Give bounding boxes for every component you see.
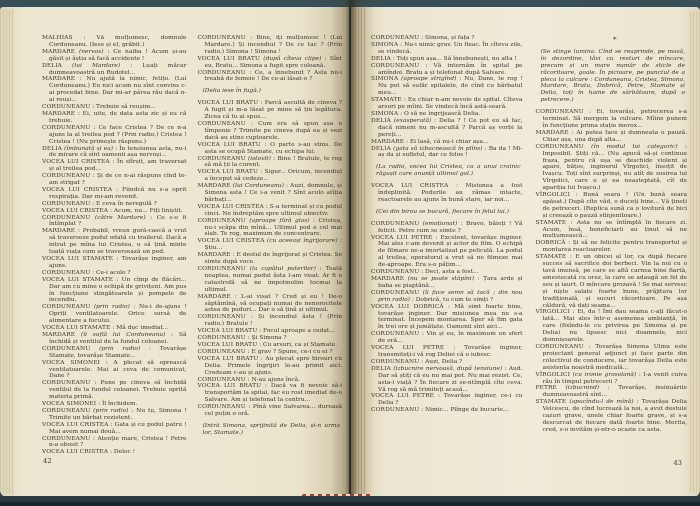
dialogue-line: STAMATE : Asta nu se întîmplă în fiecare… [536, 220, 688, 241]
speaker-name: DELIA [42, 146, 62, 152]
speaker-name: DELIA [371, 366, 391, 372]
dialogue-line: CORDUNEANU (istovit) : Bine ! Bratule, t… [198, 156, 343, 170]
speaker-name: CORDUNEANU [198, 349, 246, 355]
speaker-name: VOCEA LUI CRISTEA [42, 208, 108, 214]
speaker-name: MARDARE [42, 111, 75, 117]
dialogue-line: CORDUNEANU : Pune pe cineva să închidă v… [42, 380, 187, 401]
dialogue-line: CORDUNEANU (prin radio) : Nu tu, Simona … [42, 408, 187, 422]
stage-note: (către Mardare) [90, 215, 145, 221]
speaker-name: DELIA [42, 63, 62, 69]
speaker-name: MARDARE [198, 183, 231, 189]
speaker-name: VOCEA LUI BRATU [198, 383, 262, 389]
dialogue-line: VOCEA LUI BRATU : Sigur... Oricum, incen… [198, 169, 343, 183]
dialogue-line: VOCEA LUI BRATU : Dacă va fi nevoie să-i… [198, 383, 343, 404]
speaker-name: CORDUNEANU [198, 35, 246, 41]
stage-note: (cu aceeași îngrijorare) [265, 238, 338, 244]
page-edge-stack-left [0, 10, 13, 494]
speaker-name: VOCEA LUI CRISTEA [42, 422, 109, 428]
dialogue-line: CORDUNEANU : Deci, asta a fost... [371, 269, 523, 276]
stage-note: (izbucnind) [557, 385, 599, 391]
stage-direction: (La radio, vocea lui Cristea, ca a unui … [371, 164, 523, 178]
speaker-name: MARDARE [536, 130, 569, 136]
dialogue-line: VOCEA LUI STAMATE : Tovarășe inginer, am… [42, 256, 187, 270]
dialogue-line: VOCEA LUI BRATU : O parte s-au stins. De… [198, 142, 343, 156]
dialogue-line: CORDUNEANU : Și Simona ? [198, 335, 343, 342]
speaker-name: CORDUNEANU [42, 201, 90, 207]
page-left: MALHIAS : Vă mulțumesc, domnule Cordunea… [0, 7, 349, 497]
speaker-name: VOCEA LUI CRISTEA [42, 159, 110, 165]
stage-note: (lui Corduneanu) [231, 183, 284, 189]
page-number-left: 42 [43, 457, 52, 465]
dialogue-line: MARDARE (nervos) : Ce naiba ! Acum și-au… [42, 49, 187, 63]
speaker-name: CORDUNEANU [371, 269, 419, 275]
stage-note: (emoționat) [419, 221, 457, 227]
speaker-name: VOCEA LUI CRISTEA [371, 183, 448, 189]
speaker-name: VOCEA LUI BRATU [198, 56, 261, 62]
open-book-photo: MALHIAS : Vă mulțumesc, domnule Cordunea… [0, 0, 700, 506]
speaker-name: CORDUNEANU [198, 335, 246, 341]
dialogue-line: CORDUNEANU (aproape fără glas) : Cristea… [198, 218, 343, 239]
speaker-name: VOCEA LUI BRATU [198, 100, 259, 106]
stage-direction: (Se stinge lumina. Cînd se reaprinde, pe… [536, 49, 688, 104]
dialogue-line: CORDUNEANU : E ceva în neregulă ? [42, 201, 187, 208]
speaker-name: VOCEA LUI PETRE [371, 393, 434, 399]
dialogue-line: VOCEA LUI STAMATE : Mă duc imediat... [42, 325, 187, 332]
page-left-text: MALHIAS : Vă mulțumesc, domnule Cordunea… [42, 35, 342, 465]
speaker-name: MARDARE [42, 332, 75, 338]
speaker-name: DELIA [371, 56, 391, 62]
dialogue-line: CORDUNEANU : Atenție mare, Cristea ! Pet… [42, 436, 187, 450]
speaker-name: CORDUNEANU [42, 173, 90, 179]
stage-note: (după cîteva clipe) [260, 56, 321, 62]
speaker-name: CORDUNEANU [371, 35, 419, 41]
page-right-text: CORDUNEANU : Simona, și fața ?SIMONA : N… [371, 35, 687, 465]
speaker-name: VOCEA LUI CRISTEA [198, 238, 265, 244]
dialogue-line: VOCEA LUI BRATU : Cu arsuri, ca și Stama… [198, 342, 343, 349]
speaker-name: DOBRICĂ [536, 240, 566, 246]
speaker-name: VOCEA LUI BRATU [198, 169, 259, 175]
dialogue-line: MARDARE : Ai putea face și dumneata o pa… [536, 130, 688, 144]
dialogue-line: CORDUNEANU : Vă internăm în spital pe am… [371, 63, 523, 77]
dialogue-line: MALHIAS : Vă mulțumesc, domnule Cordunea… [42, 35, 187, 49]
dialogue-line: VOCEA LUI PETRE : Tovarășe inginer, ce-i… [371, 393, 523, 407]
dialogue-line: VOCEA LUI BRATU : Au plecat spre birouri… [198, 356, 343, 377]
stage-note: (îmbunată și ea) [62, 146, 113, 152]
speaker-name: STAMATE [371, 97, 402, 103]
speaker-name: CORDUNEANU [371, 407, 419, 413]
dialogue-line: VOCEA LUI CRISTEA : Acum, nu... Fiți lin… [42, 208, 187, 215]
speaker-name: CORDUNEANU [371, 63, 419, 69]
dialogue-line: CORDUNEANU (prin radio) : Tovarășe Stama… [42, 346, 187, 360]
speaker-name: CORDUNEANU [371, 359, 419, 365]
dialogue-line: SIMONA : Nu-i nimic grav. Un fleac. În c… [371, 42, 523, 56]
speaker-name: VOCEA LUI BRATU [198, 142, 261, 148]
speaker-name: MARDARE [42, 76, 75, 82]
speaker-name: VÎRGOLICI [536, 372, 571, 378]
speaker-name: CORDUNEANU [42, 270, 90, 276]
speaker-name: CORDUNEANU [42, 346, 90, 352]
speaker-name: CORDUNEANU [198, 121, 246, 127]
speaker-name: VOCEA LUI DOBRICĂ [371, 304, 444, 310]
speaker-name: CORDUNEANU [42, 304, 90, 310]
dialogue-line: CORDUNEANU : E grav ? Spune, ce-i cu ei … [198, 349, 343, 356]
text-column-1: MALHIAS : Vă mulțumesc, domnule Cordunea… [42, 35, 187, 465]
speaker-name: VOCEA LUI PETRE [371, 345, 444, 351]
dialogue-line: DELIA : Toți spun așa... Să înnebunești,… [371, 56, 523, 63]
speaker-name: DELIA [371, 146, 391, 152]
speaker-name: VOCEA SIMONEI [42, 360, 100, 366]
stage-note: (în modul lui categoric) [584, 144, 678, 150]
speaker-name: SIMONA [371, 42, 398, 48]
speaker-name: CORDUNEANU [42, 215, 90, 221]
speaker-name: CORDUNEANU [198, 70, 246, 76]
speaker-name: CORDUNEANU [198, 218, 246, 224]
speaker-name: CORDUNEANU [536, 144, 584, 150]
dialogue-line: CORDUNEANU : Tovarășa Simona Ulmu este p… [536, 344, 688, 372]
stage-note: (gata să izbucnească în plîns) [391, 146, 482, 152]
dialogue-line: VOCEA LUI CRISTEA : Gata și cu podul pat… [42, 422, 187, 436]
dialogue-line: CORDUNEANU : Nimic... Plînge de bucurie.… [371, 407, 523, 414]
dialogue-line: VOCEA LUI CRISTEA : Fiindcă nu s-a oprit… [42, 187, 187, 201]
stage-note: (nu se poate stăpîni) [404, 276, 474, 282]
dialogue-line: CORDUNEANU : Cum era să spun așa o tîmpe… [198, 121, 343, 142]
section-separator: * [536, 37, 688, 44]
page-edge-stack-right [690, 12, 700, 492]
stage-note: (aproape fără glas) [246, 218, 310, 224]
stage-direction: (Cei din birou se bucură, fiecare în fel… [371, 209, 523, 216]
dialogue-line: VÎRGOLICI : Bună seara ! (Un bună seara … [536, 192, 688, 220]
dialogue-line: SIMONA : O să ne îngrijească Delia. [371, 111, 523, 118]
speaker-name: VOCEA LUI CRISTEA [42, 187, 112, 193]
dialogue-line: CORDUNEANU : Pînă vine Salvarea... durea… [198, 404, 343, 418]
dialogue-line: VOCEA LUI CRISTEA : Deloc ! [42, 449, 187, 456]
dialogue-line: MARDARE : Ei lasă, că nu-i chiar așa... [371, 139, 523, 146]
speaker-name: SIMONA [371, 76, 398, 82]
dialogue-line: DOBRICĂ : Și să ne felicite pentru trans… [536, 240, 688, 254]
speaker-name: STAMATE [536, 399, 567, 405]
stage-note: (prin radio) [90, 346, 140, 352]
speaker-name: CORDUNEANU [371, 221, 419, 227]
dialogue-line: CORDUNEANU (emoționat) : Bravo, băieți !… [371, 221, 523, 235]
dialogue-line: VOCEA LUI PETRE : Excelent, tovarășe ing… [371, 235, 523, 270]
dialogue-line: MARDARE (nu se poate stăpîni) : Țara ard… [371, 276, 523, 290]
stage-note: (nervos) [75, 49, 103, 55]
dialogue-line: DELIA (exasperată) : Delia ? ! Ce pot eu… [371, 118, 523, 139]
dialogue-line: DELIA (îmbunată și ea) : În tensiunea as… [42, 146, 187, 160]
dialogue-line: CORDUNEANU : Trebuie să reușim... [42, 104, 187, 111]
dialogue-line: VOCEA LUI CRISTEA : În sfîrșit, am trave… [42, 159, 187, 173]
speaker-name: STAMATE [536, 220, 567, 226]
dialogue-line: VOCEA LUI DOBRICĂ : Mă simt foarte bine,… [371, 304, 523, 332]
dialogue-line: CORDUNEANU (în modul lui categoric) : Im… [536, 144, 688, 192]
speaker-name: VOCEA LUI PETRE [371, 235, 432, 241]
speaker-name: DELIA [371, 118, 391, 124]
dialogue-line: DELIA (gata să izbucnească în plîns) : B… [371, 146, 523, 160]
speaker-name: CORDUNEANU [42, 408, 90, 414]
stage-direction: (Intră Simona, sprijinită de Delia, și-n… [198, 423, 343, 437]
book-cover-bottom-edge [0, 502, 700, 506]
dialogue-line: MARDARE : Probabil, vreun gură-cască a v… [42, 228, 187, 256]
speaker-name: CORDUNEANU [198, 404, 246, 410]
speaker-name: VOCEA LUI STAMATE [42, 256, 113, 262]
speaker-name: MARDARE [198, 252, 231, 258]
stage-note: (lui Mardare) [62, 63, 120, 69]
stage-note: (prin radio) [90, 304, 130, 310]
speaker-name: VOCEA SIMONEI [42, 401, 96, 407]
speaker-name: SIMONA [371, 111, 398, 117]
dialogue-line: VÎRGOLICI : Ei, da ! Îmi dau seama c-ați… [536, 309, 688, 344]
dialogue-line: CORDUNEANU : Ei, tovarăși, petrecerea s-… [536, 109, 688, 130]
speaker-name: PETRE [536, 385, 557, 391]
speaker-name: CORDUNEANU [198, 314, 246, 320]
dialogue-line: SIMONA (aproape strigînd) : Nu, Dane, te… [371, 76, 523, 97]
stage-note: (prin radio) [90, 408, 128, 414]
page-number-right: 43 [673, 459, 682, 467]
dialogue-line: CORDUNEANU (îi face semn să tacă ; din n… [371, 290, 523, 304]
speaker-name: CORDUNEANU [371, 331, 419, 337]
speaker-name: CORDUNEANU [42, 125, 90, 131]
dialogue-line: VOCEA LUI PETRE : Tovarășe inginer, tran… [371, 345, 523, 359]
dialogue-line: VOCEA LUI BRATU : Parcă ascultă de cinev… [198, 100, 343, 121]
dialogue-line: VÎRGOLICI (cu ironie grosolană) : I-a ve… [536, 372, 688, 386]
dialogue-line: VOCEA LUI CRISTEA : S-a terminat și cu p… [198, 204, 343, 218]
speaker-name: MARDARE [371, 139, 404, 145]
speaker-name: VÎRGOLICI [536, 192, 571, 198]
speaker-name: VOCEA LUI BRATU [198, 328, 258, 334]
dialogue-line: CORDUNEANU : Ce face Cristea ? De ce n-a… [42, 125, 187, 146]
dialogue-line: CORDUNEANU (la capătul puterilor) : Toat… [198, 266, 343, 294]
dialogue-line: PETRE (izbucnind) : Tovarășe, insinuăril… [536, 385, 688, 399]
stage-note: (la capătul puterilor) [246, 266, 316, 272]
dialogue-line: CORDUNEANU (către Mardare) : Ce s-o fi î… [42, 215, 187, 229]
gutter-page-edges [352, 8, 366, 498]
speaker-name: STAMATE [536, 254, 567, 260]
speaker-name: VOCEA LUI BRATU [198, 342, 258, 348]
speaker-name: CORDUNEANU [42, 380, 90, 386]
speaker-name: CORDUNEANU [536, 109, 584, 115]
stage-direction: (Delia iese în fugă.) [198, 88, 343, 95]
speaker-name: CORDUNEANU [198, 377, 246, 383]
dialogue-line: VOCEA LUI STAMATE : Un cîmp de flăcări..… [42, 277, 187, 305]
dialogue-line: CORDUNEANU (prin radio) : Nu-i de-ajuns … [42, 304, 187, 325]
speaker-name: CORDUNEANU [198, 266, 246, 272]
dialogue-line: STAMATE : Eu chiar n-am nevoie de spital… [371, 97, 523, 111]
dialogue-line: VOCEA LUI CRISTEA : Misiunea a fost înde… [371, 183, 523, 204]
dialogue-line: VOCEA SIMONEI : A plecat să oprească ven… [42, 360, 187, 381]
dialogue-line: CORDUNEANU : Simona, și fața ? [371, 35, 523, 42]
dialogue-line: CORDUNEANU : Auzi, Delia ? [371, 359, 523, 366]
speaker-name: VOCEA LUI BRATU [198, 356, 259, 362]
speaker-name: MALHIAS [42, 35, 73, 41]
stage-note: (îi suflă lui Corduneanu) [75, 332, 165, 338]
dialogue-line: STAMATE (apucîndu-l de mînă) : Tovarășa … [536, 399, 688, 434]
stage-note: (izbucnire nervoasă, după tensiune) [391, 366, 502, 372]
dialogue-line: CORDUNEANU : Și incendiul ăsta ! (Prin r… [198, 314, 343, 328]
dialogue-line: VOCEA LUI BRATU : Focul aproape a cedat.… [198, 328, 343, 335]
dialogue-line: DELIA (izbucnire nervoasă, după tensiune… [371, 366, 523, 394]
dialogue-line: CORDUNEANU : Și de ce n-ai răspuns cînd … [42, 173, 187, 187]
speaker-name: VÎRGOLICI [536, 309, 571, 315]
dialogue-line: CORDUNEANU : Bine, îți mulțumesc ! (Lui … [198, 35, 343, 56]
stage-note: (cu ironie grosolană) [570, 372, 636, 378]
dialogue-line: CORDUNEANU : Ce-i acolo ? [42, 270, 187, 277]
dialogue-line: DELIA (lui Mardare) : Luați măcar dumnea… [42, 63, 187, 77]
stage-note: (exasperată) [391, 118, 431, 124]
speaker-name: CORDUNEANU [198, 156, 246, 162]
speaker-name: CORDUNEANU [42, 104, 90, 110]
dialogue-line: CORDUNEANU : Vin și eu, în maximum un sf… [371, 331, 523, 345]
dialogue-line: MARDARE : Nu ajută la nimic, fetițo. (Lu… [42, 76, 187, 104]
dialogue-line: CORDUNEANU : Ce, a înnebunit ? Asta nu-i… [198, 70, 343, 84]
dialogue-line: MARDARE : L-ai visat ? Cred și eu ! De-o… [198, 294, 343, 315]
speaker-name: CORDUNEANU [42, 436, 90, 442]
speaker-name: CORDUNEANU [371, 290, 419, 296]
speaker-name: MARDARE [42, 49, 75, 55]
text-column-3: CORDUNEANU : Simona, și fața ?SIMONA : N… [371, 35, 523, 465]
dialogue-line: MARDARE (îi suflă lui Corduneanu) : Să î… [42, 332, 187, 346]
page-right: CORDUNEANU : Simona, și fața ?SIMONA : N… [351, 7, 700, 497]
speaker-name: MARDARE [198, 294, 231, 300]
dialogue-line: VOCEA SIMONEI : Îl închidem. [42, 401, 187, 408]
speaker-name: VOCEA LUI STAMATE [42, 277, 113, 283]
speaker-name: MARDARE [371, 276, 404, 282]
text-column-4: *(Se stinge lumina. Cînd se reaprinde, p… [536, 35, 688, 465]
dialogue-line: MARDARE : Ei, uite, de data asta zic și … [42, 111, 187, 125]
text-column-2: CORDUNEANU : Bine, îți mulțumesc ! (Lui … [198, 35, 343, 465]
stage-note: (istovit) [246, 156, 271, 162]
stage-note: (apucîndu-l de mînă) [566, 399, 633, 405]
dialogue-line: VOCEA LUI BRATU (după cîteva clipe) : Sî… [198, 56, 343, 70]
speaker-name: VOCEA LUI CRISTEA [42, 449, 108, 455]
dialogue-line: MARDARE : E destul de îngrijorat și Cris… [198, 252, 343, 266]
speaker-name: CORDUNEANU [536, 344, 584, 350]
stage-note: (aproape strigînd) [398, 76, 456, 82]
dialogue-line: VOCEA LUI CRISTEA (cu aceeași îngrijorar… [198, 238, 343, 252]
dialogue-line: STAMATE : E un obicei al lor, ca după fi… [536, 254, 688, 309]
dialogue-line: MARDARE (lui Corduneanu) : Auzi, domnule… [198, 183, 343, 204]
speaker-name: VOCEA LUI STAMATE [42, 325, 110, 331]
speaker-name: VOCEA LUI CRISTEA [198, 204, 264, 210]
speaker-name: MARDARE [42, 228, 75, 234]
